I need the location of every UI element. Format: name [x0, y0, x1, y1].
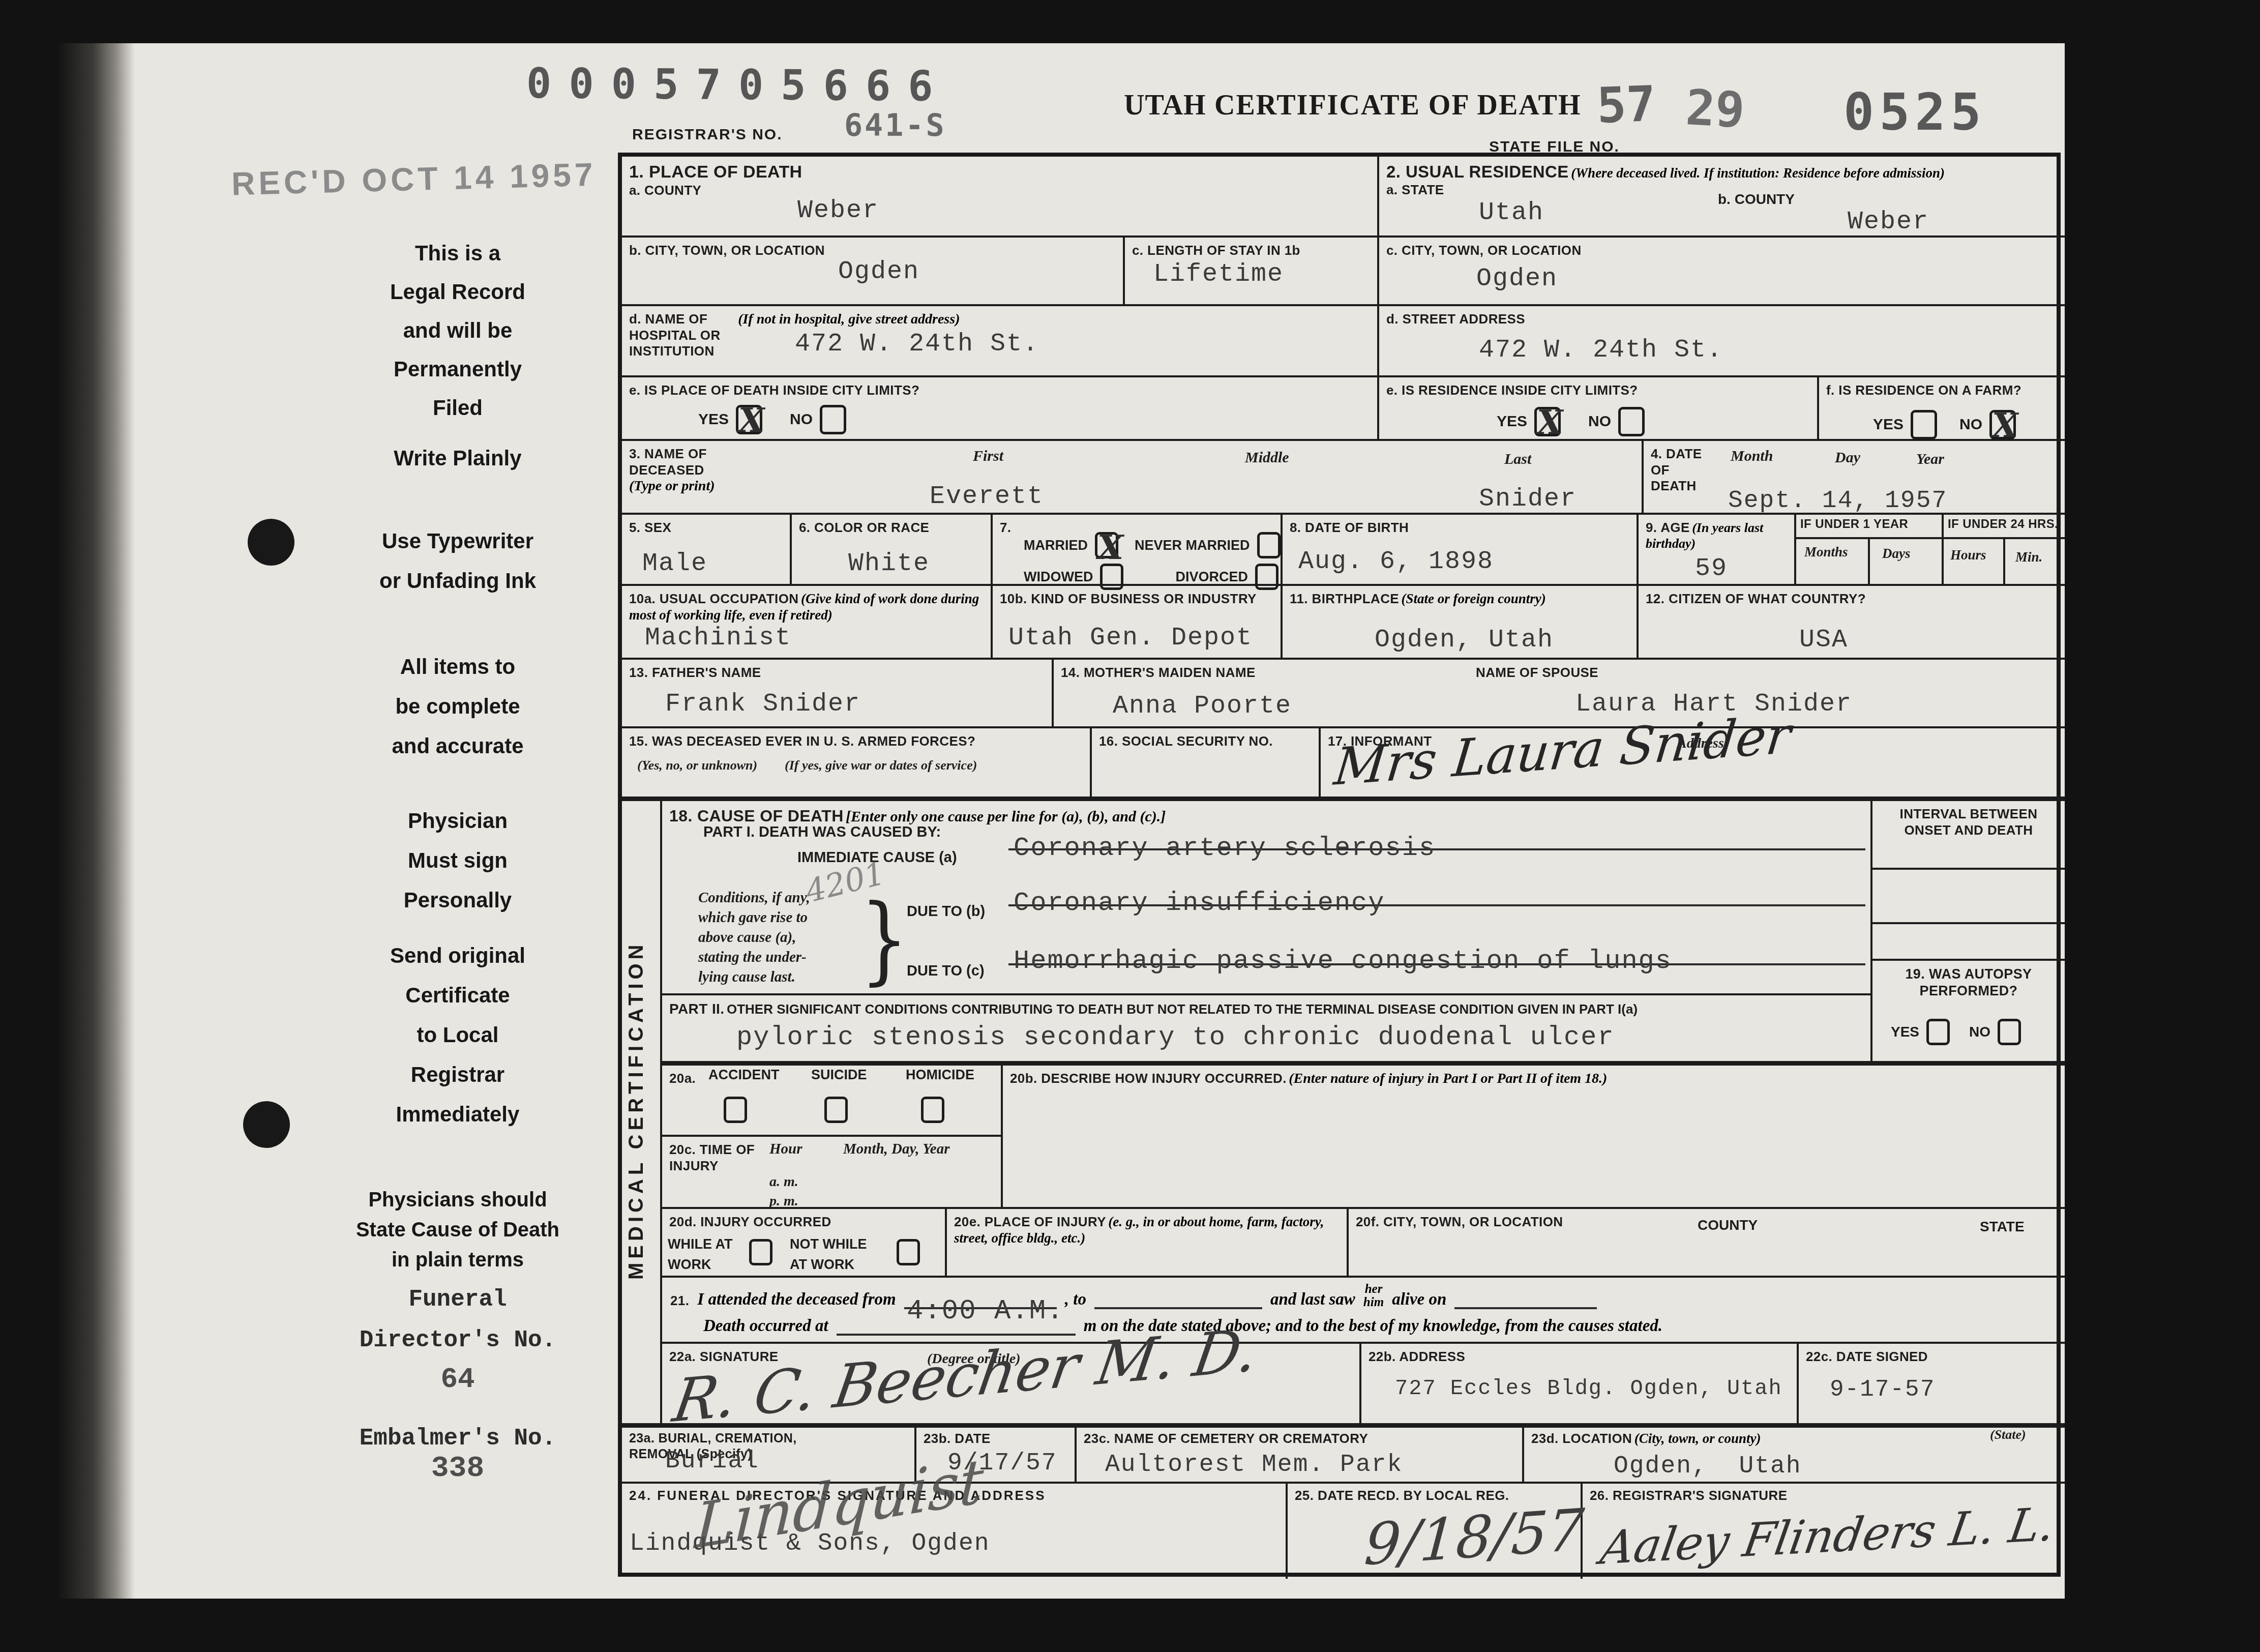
accident-num: 20a.	[669, 1071, 696, 1086]
her-word: her	[1363, 1283, 1384, 1296]
yes-label: YES	[698, 411, 729, 428]
hours-label: Hours	[1950, 547, 1986, 563]
cause-b-value: Coronary insufficiency	[1014, 888, 1385, 918]
check-mark: X	[1992, 405, 2018, 445]
suicide-checkbox	[824, 1097, 848, 1123]
cell-20e: 20e. PLACE OF INJURY (e. g., in or about…	[945, 1207, 1347, 1276]
margin-write-plainly: Write Plainly	[285, 438, 631, 478]
father-label: 13. FATHER'S NAME	[629, 665, 761, 680]
death-occurred-text: Death occurred at	[703, 1317, 828, 1336]
death-time-value: 4:00 A.M.	[907, 1296, 1064, 1327]
accident-checkbox	[724, 1097, 747, 1123]
attended-to-word: , to	[1065, 1290, 1086, 1309]
min-label: Min.	[2015, 549, 2042, 565]
date-of-death-value: Sept. 14, 1957	[1728, 487, 1947, 515]
street-address-value: 472 W. 24th St.	[1479, 336, 1723, 365]
cell-20c: 20c. TIME OF INJURY	[660, 1135, 1001, 1207]
margin-use-typewriter: Use Typewriter or Unfading Ink	[270, 521, 646, 601]
time-of-injury-label: 20c. TIME OF INJURY	[669, 1142, 755, 1174]
race-label: 6. COLOR OR RACE	[799, 520, 929, 535]
burial-value: Burial	[665, 1448, 759, 1475]
due-to-b-label: DUE TO (b)	[907, 903, 985, 920]
accident-label: ACCIDENT	[708, 1067, 780, 1083]
citizen-value: USA	[1799, 626, 1848, 655]
length-of-stay-label: c. LENGTH OF STAY IN 1b	[1132, 243, 1300, 258]
cemetery-location-note: (City, town, or county)	[1634, 1431, 1761, 1446]
cemetery-location-label: 23d. LOCATION	[1531, 1431, 1632, 1446]
place-county-value: Weber	[797, 196, 879, 225]
autopsy-no-checkbox	[1998, 1019, 2021, 1045]
age-subtable-divider-1	[1868, 537, 1870, 584]
widowed-label: WIDOWED	[1024, 569, 1093, 585]
cemetery-value: Aultorest Mem. Park	[1105, 1451, 1403, 1479]
age-value: 59	[1695, 554, 1728, 583]
never-married-label: NEVER MARRIED	[1135, 538, 1250, 553]
residence-limits-label: e. IS RESIDENCE INSIDE CITY LIMITS?	[1386, 382, 1638, 398]
widowed-option: WIDOWED DIVORCED	[1024, 564, 1278, 590]
no-label: NO	[1588, 413, 1611, 430]
married-label: MARRIED	[1024, 538, 1088, 553]
alive-on-text: alive on	[1392, 1290, 1446, 1309]
describe-injury-note: (Enter nature of injury in Part I or Par…	[1289, 1071, 1607, 1086]
injury-state-label: STATE	[1980, 1219, 2025, 1235]
race-value: White	[848, 549, 930, 578]
cemetery-state-note: (State)	[1990, 1427, 2026, 1442]
cell-place-of-death: 1. PLACE OF DEATH a. COUNTY	[622, 157, 1377, 235]
months-label: Months	[1804, 544, 1848, 560]
interval-label: INTERVAL BETWEEN ONSET AND DEATH	[1880, 806, 2058, 838]
residence-county-value: Weber	[1848, 208, 1929, 237]
no-label: NO	[1959, 416, 1982, 433]
state-file-stamp-1: 57	[1596, 75, 1656, 134]
date-of-birth-label: 8. DATE OF BIRTH	[1290, 520, 1409, 535]
scanned-death-certificate: REC'D OCT 14 1957 0005705666 REGISTRAR'S…	[0, 0, 2260, 1652]
medical-certification-label: MEDICAL CERTIFICATION	[625, 818, 648, 1403]
residence-county-label: b. COUNTY	[1718, 191, 1795, 208]
residence-farm-options: YES NO X	[1873, 410, 2016, 439]
middle-name-label: Middle	[1245, 449, 1289, 466]
name-of-deceased-label: 3. NAME OF DECEASED	[629, 446, 707, 478]
ssn-label: 16. SOCIAL SECURITY NO.	[1099, 733, 1273, 749]
day-label: Day	[1835, 449, 1860, 466]
mother-value: Anna Poorte	[1113, 692, 1292, 721]
hour-label: Hour	[769, 1141, 802, 1158]
margin-physician-sign: Physician Must sign Personally	[285, 801, 631, 920]
cell-interval: INTERVAL BETWEEN ONSET AND DEATH	[1870, 796, 2065, 959]
cell-20b: 20b. DESCRIBE HOW INJURY OCCURRED. (Ente…	[1001, 1061, 2065, 1207]
last-name-label: Last	[1504, 451, 1531, 468]
alive-on-blank	[1454, 1289, 1597, 1309]
never-married-checkbox	[1257, 532, 1281, 558]
state-file-stamp-3: 0525	[1843, 82, 1986, 142]
place-limits-label: e. IS PLACE OF DEATH INSIDE CITY LIMITS?	[629, 382, 919, 398]
occupation-value: Machinist	[645, 624, 791, 653]
cemetery-label: 23c. NAME OF CEMETERY OR CREMATORY	[1084, 1431, 1368, 1446]
check-mark: X	[1537, 402, 1563, 442]
last-saw-text: and last saw	[1270, 1290, 1355, 1309]
no-label: NO	[1969, 1024, 1990, 1040]
birthplace-note: (State or foreign country)	[1402, 591, 1546, 606]
page-title: CERTIFICATE OF DEATH	[1214, 89, 1582, 122]
while-at-work-label: WHILE AT WORK	[668, 1234, 732, 1275]
while-at-work-checkbox	[749, 1239, 772, 1265]
check-mark: X	[1097, 527, 1123, 567]
date-received-label: 25. DATE RECD. BY LOCAL REG.	[1295, 1488, 1509, 1503]
residence-farm-label: f. IS RESIDENCE ON A FARM?	[1826, 382, 2021, 398]
residence-state-value: Utah	[1479, 198, 1544, 227]
interval-line-2	[1870, 922, 2065, 924]
part1-label: PART I. DEATH WAS CAUSED BY:	[703, 824, 941, 841]
describe-injury-label: 20b. DESCRIBE HOW INJURY OCCURRED.	[1010, 1071, 1287, 1086]
place-of-death-title: 1. PLACE OF DEATH	[629, 162, 802, 182]
autopsy-label: 19. WAS AUTOPSY PERFORMED?	[1880, 966, 2058, 999]
residence-state-label: a. STATE	[1386, 182, 1444, 197]
registrar-signature-label: 26. REGISTRAR'S SIGNATURE	[1590, 1488, 1787, 1503]
conditions-note: Conditions, if any, which gave rise to a…	[698, 888, 810, 987]
serial-number-stamp: 0005705666	[526, 60, 950, 111]
spouse-label: NAME OF SPOUSE	[1476, 665, 1598, 680]
mother-label: 14. MOTHER'S MAIDEN NAME	[1061, 665, 1256, 680]
place-limits-no-checkbox	[820, 405, 846, 434]
yes-label: YES	[1873, 416, 1904, 433]
physician-address-value: 727 Eccles Bldg. Ogden, Utah	[1395, 1376, 1782, 1401]
cause-of-death-note: [Enter only one cause per line for (a), …	[846, 808, 1166, 825]
injury-county-label: COUNTY	[1698, 1217, 1758, 1233]
autopsy-yes-checkbox	[1926, 1019, 1950, 1045]
place-limits-yes-checkbox: X	[736, 405, 762, 434]
age-subtable-divider-2	[2003, 537, 2005, 584]
her-him-stack: her him	[1363, 1283, 1384, 1309]
interval-line-1	[1870, 868, 2065, 870]
yes-label: YES	[1891, 1024, 1919, 1040]
not-while-at-work-checkbox	[897, 1239, 920, 1265]
date-signed-label: 22c. DATE SIGNED	[1806, 1349, 1928, 1364]
sex-value: Male	[642, 549, 707, 578]
place-city-value: Ogden	[838, 257, 919, 286]
first-name-value: Everett	[930, 482, 1044, 511]
industry-value: Utah Gen. Depot	[1008, 624, 1253, 653]
birthplace-label: 11. BIRTHPLACE	[1290, 591, 1399, 606]
divorced-label: DIVORCED	[1175, 569, 1248, 585]
hospital-note: (If not in hospital, give street address…	[738, 311, 960, 327]
last-name-value: Snider	[1479, 485, 1577, 514]
father-value: Frank Snider	[665, 690, 860, 719]
registrars-no-label: REGISTRAR'S NO.	[632, 126, 783, 143]
usual-residence-note: (Where deceased lived. If institution: R…	[1571, 165, 1945, 181]
divorced-checkbox	[1255, 564, 1278, 590]
hole-punch-bottom	[243, 1101, 290, 1148]
married-checkbox: X	[1095, 532, 1118, 558]
suicide-label: SUICIDE	[811, 1067, 867, 1083]
cell-ssn: 16. SOCIAL SECURITY NO.	[1090, 726, 1319, 796]
residence-limits-options: YES X NO	[1497, 407, 1645, 436]
residence-city-value: Ogden	[1476, 264, 1558, 293]
usual-residence-title: 2. USUAL RESIDENCE	[1386, 162, 1569, 181]
state-file-stamp-2: 29	[1684, 79, 1746, 139]
part2-value: pyloric stenosis secondary to chronic du…	[736, 1022, 1615, 1052]
month-label: Month	[1731, 448, 1773, 465]
county-label: a. COUNTY	[629, 183, 701, 198]
margin-plain-terms: Physicians should State Cause of Death i…	[244, 1185, 671, 1275]
days-label: Days	[1882, 546, 1911, 562]
date-signed-value: 9-17-57	[1830, 1376, 1935, 1403]
not-while-at-work-label: NOT WHILE AT WORK	[790, 1234, 867, 1275]
birthplace-value: Ogden, Utah	[1375, 626, 1554, 655]
occupation-label: 10a. USUAL OCCUPATION	[629, 591, 798, 606]
armed-forces-label: 15. WAS DECEASED EVER IN U. S. ARMED FOR…	[629, 733, 975, 749]
book-spine-shadow	[58, 43, 135, 1599]
part2-text: OTHER SIGNIFICANT CONDITIONS CONTRIBUTIN…	[727, 1001, 1638, 1017]
attended-text: I attended the deceased from	[697, 1290, 896, 1309]
cause-c-value: Hemorrhagic passive congestion of lungs	[1014, 946, 1672, 976]
margin-all-items: All items to be complete and accurate	[285, 647, 631, 766]
residence-limits-no-checkbox	[1618, 407, 1645, 436]
him-word: him	[1363, 1296, 1384, 1309]
funeral-directors-no-label: Funeral Director's No.	[244, 1279, 671, 1361]
marital-num: 7.	[1000, 520, 1011, 535]
cause-of-death-label: 18. CAUSE OF DEATH	[669, 807, 844, 825]
check-mark: X	[738, 400, 764, 440]
date-of-birth-value: Aug. 6, 1898	[1298, 547, 1494, 576]
margin-send-original: Send original Certificate to Local Regis…	[285, 936, 631, 1134]
cell-citizen: 12. CITIZEN OF WHAT COUNTRY?	[1637, 584, 2065, 658]
armed-forces-note-2: (If yes, give war or dates of service)	[785, 758, 977, 773]
margin-legal-record: This is a Legal Record and will be Perma…	[285, 234, 631, 427]
age-subtable-line	[1794, 537, 2065, 539]
place-of-injury-label: 20e. PLACE OF INJURY	[954, 1214, 1106, 1229]
hospital-value: 472 W. 24th St.	[795, 330, 1039, 359]
no-label: NO	[790, 411, 813, 428]
cell-autopsy: 19. WAS AUTOPSY PERFORMED?	[1870, 959, 2065, 1061]
yes-label: YES	[1497, 413, 1527, 430]
residence-farm-no-checkbox: X	[1989, 410, 2016, 439]
cause-a-value: Coronary artery sclerosis	[1014, 833, 1436, 863]
armed-forces-note-1: (Yes, no, or unknown)	[637, 758, 757, 773]
am-label: a. m.	[769, 1174, 798, 1190]
place-limits-options: YES X NO	[698, 405, 846, 434]
homicide-label: HOMICIDE	[906, 1067, 974, 1083]
under-1-year-label: IF UNDER 1 YEAR	[1800, 517, 1908, 531]
street-address-label: d. STREET ADDRESS	[1386, 311, 1525, 327]
title-utah: UTAH	[1124, 89, 1206, 122]
type-or-print-note: (Type or print)	[629, 478, 715, 494]
industry-label: 10b. KIND OF BUSINESS OR INDUSTRY	[1000, 591, 1257, 606]
injury-occurred-label: 20d. INJURY OCCURRED	[669, 1214, 831, 1229]
due-to-c-label: DUE TO (c)	[907, 963, 985, 980]
citizen-label: 12. CITIZEN OF WHAT COUNTRY?	[1646, 591, 1866, 606]
length-of-stay-value: Lifetime	[1153, 260, 1284, 289]
burial-date-label: 23b. DATE	[924, 1431, 991, 1446]
first-name-label: First	[973, 448, 1003, 465]
married-option: MARRIED X NEVER MARRIED	[1024, 532, 1281, 558]
funeral-directors-no-value: 64	[244, 1359, 671, 1400]
attended-to-blank	[1094, 1289, 1262, 1309]
registrars-no-value: 641-S	[844, 108, 946, 143]
residence-limits-yes-checkbox: X	[1534, 407, 1561, 436]
embalmers-no-value: 338	[244, 1449, 671, 1489]
cemetery-location-value: Ogden, Utah	[1614, 1453, 1802, 1480]
homicide-checkbox	[921, 1097, 944, 1123]
year-label: Year	[1916, 451, 1944, 468]
part2-label: PART II.	[669, 1001, 724, 1017]
hospital-label: d. NAME OF HOSPITAL OR INSTITUTION	[629, 311, 721, 360]
attended-num: 21.	[670, 1293, 689, 1309]
place-city-label: b. CITY, TOWN, OR LOCATION	[629, 243, 825, 258]
injury-city-label: 20f. CITY, TOWN, OR LOCATION	[1356, 1214, 1563, 1229]
under-24-hrs-label: IF UNDER 24 HRS.	[1948, 517, 2058, 531]
physician-address-label: 22b. ADDRESS	[1369, 1349, 1465, 1364]
age-label: 9. AGE	[1646, 520, 1690, 535]
month-day-year-label: Month, Day, Year	[843, 1141, 949, 1158]
sex-label: 5. SEX	[629, 520, 671, 535]
autopsy-options: YES NO	[1891, 1019, 2021, 1045]
certificate-form: 1. PLACE OF DEATH a. COUNTY 2. USUAL RES…	[618, 153, 2061, 1577]
residence-farm-yes-checkbox	[1911, 410, 1937, 439]
widowed-checkbox	[1100, 564, 1123, 590]
conditions-brace: }	[860, 884, 908, 995]
residence-city-label: c. CITY, TOWN, OR LOCATION	[1386, 243, 1582, 258]
date-of-death-label: 4. DATE OF DEATH	[1651, 446, 1702, 494]
